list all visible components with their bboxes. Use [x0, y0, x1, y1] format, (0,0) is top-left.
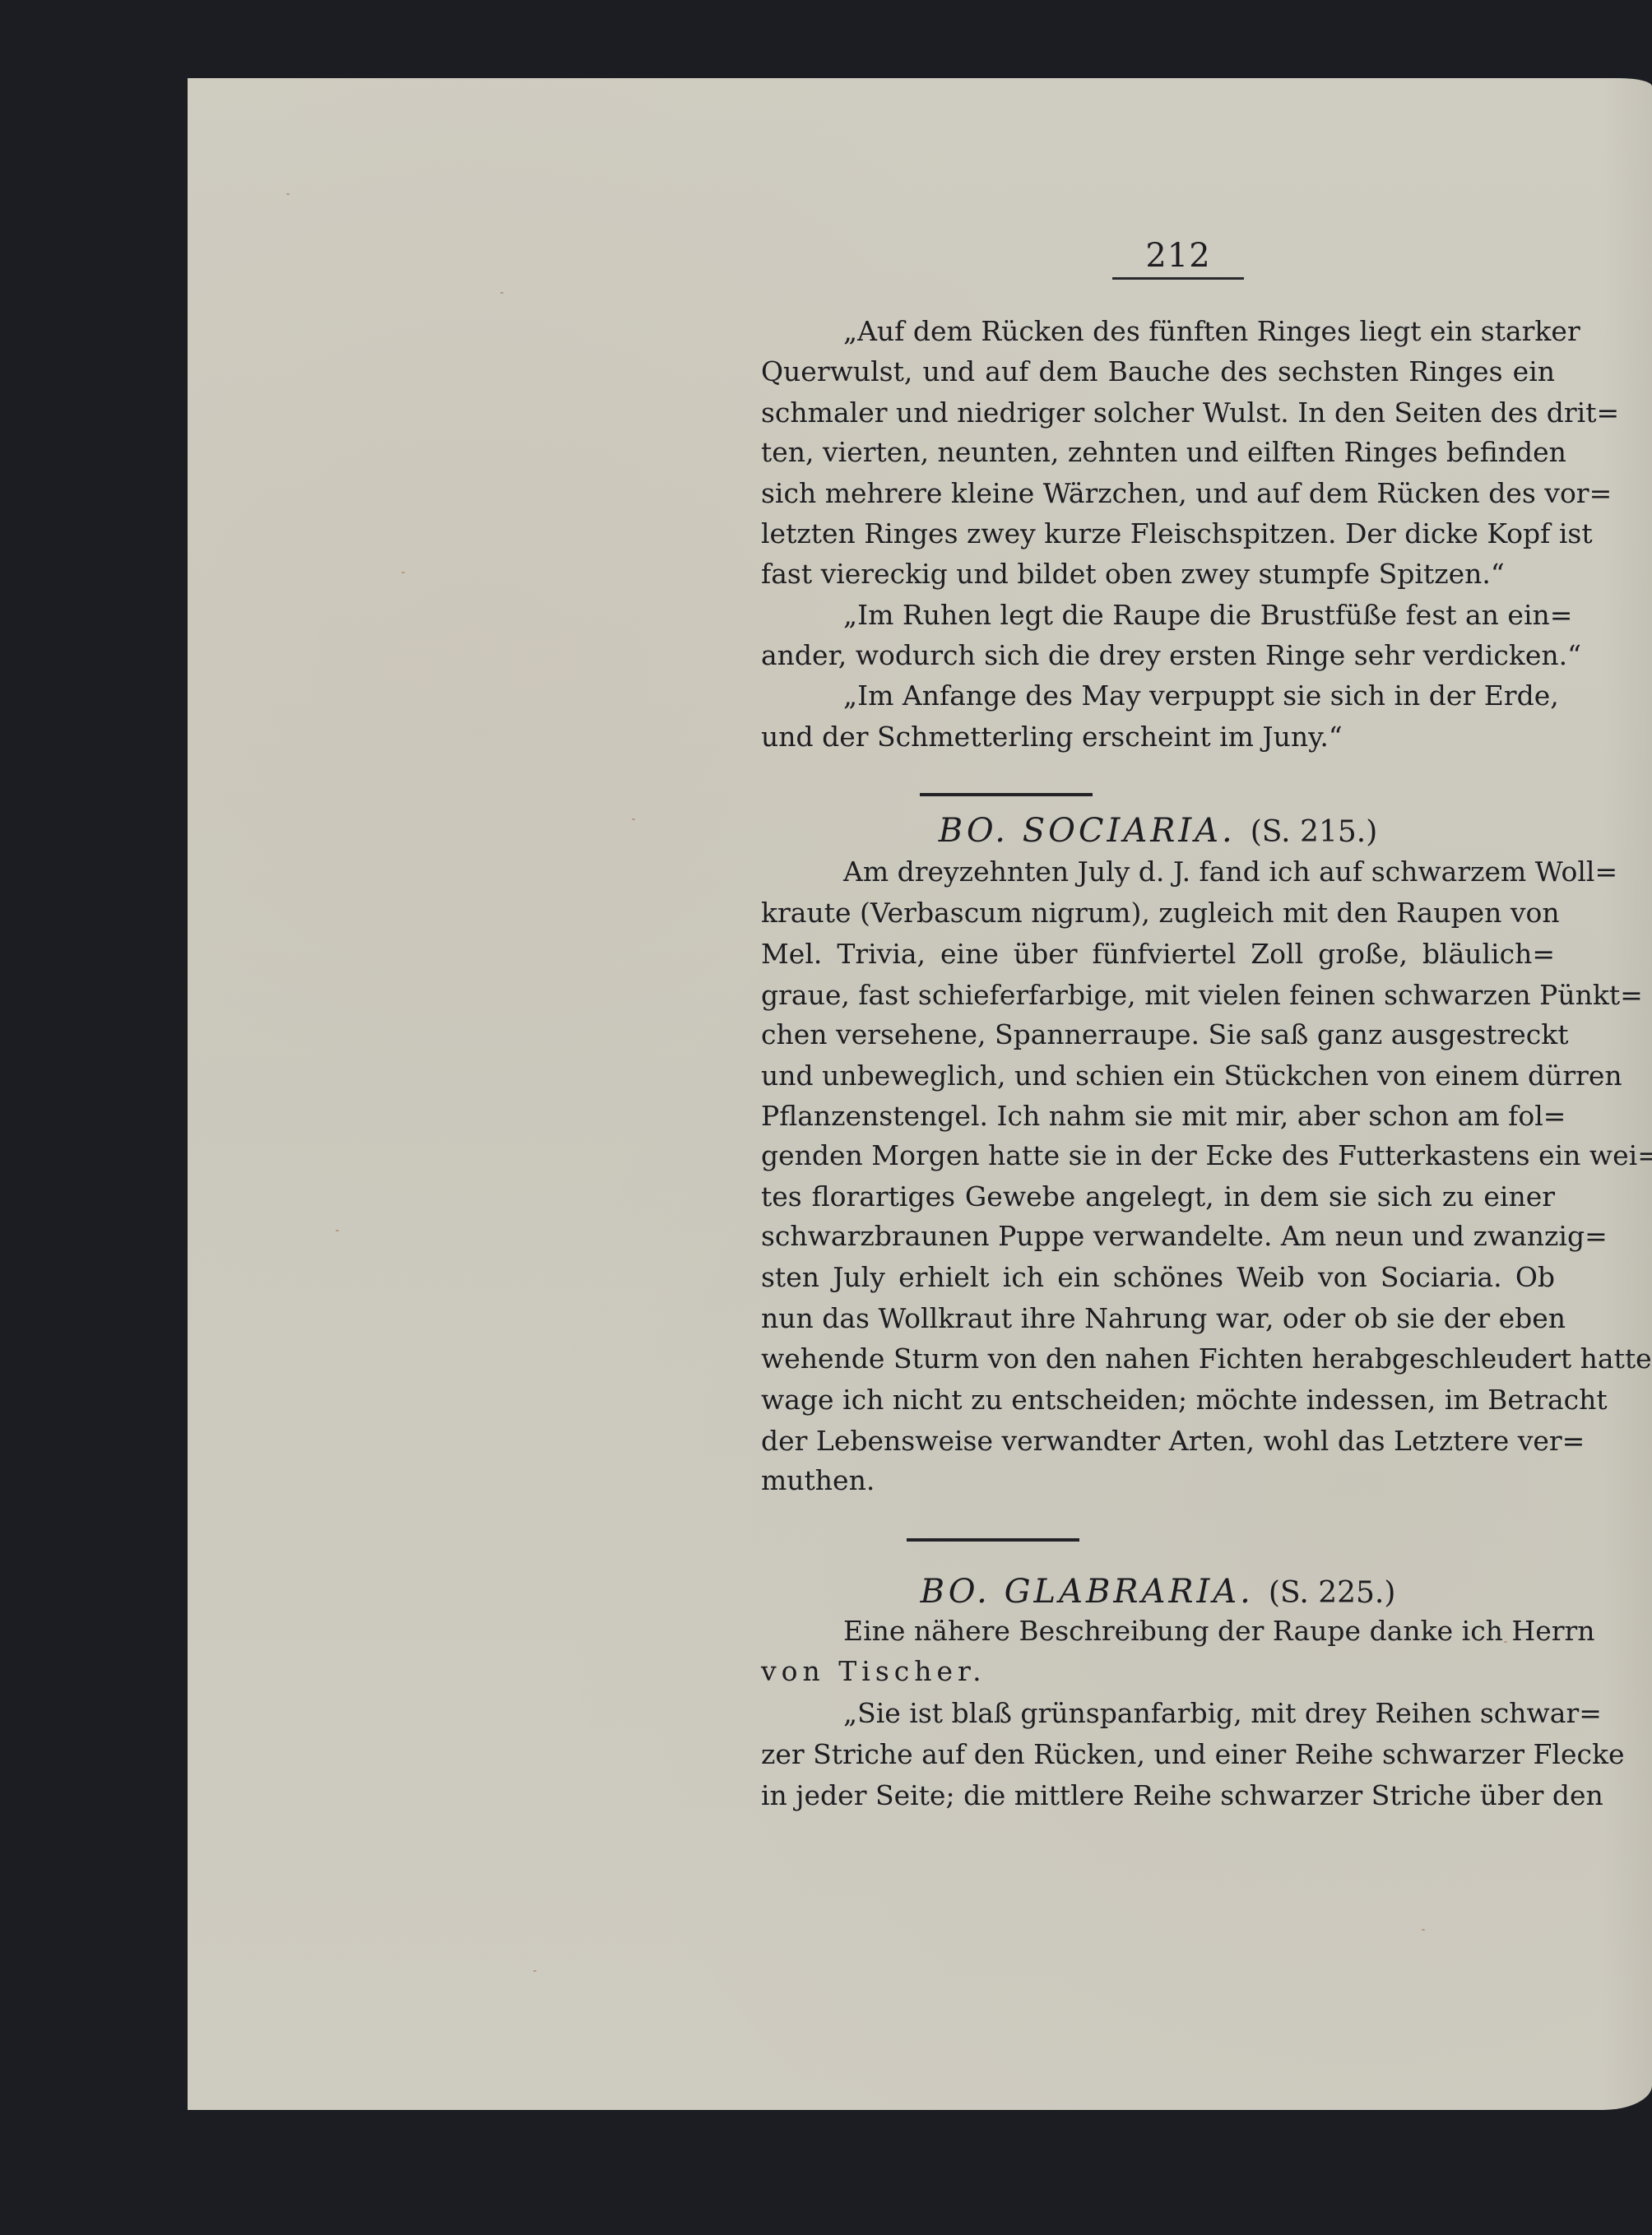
text-line: der Lebensweise verwandter Arten, wohl d…: [761, 1422, 1555, 1460]
species-name: BO. GLABRARIA.: [921, 1573, 1254, 1611]
paper-speck: [632, 818, 635, 820]
text-line: Eine nähere Beschreibung der Raupe danke…: [761, 1612, 1555, 1650]
text-line: Pflanzenstengel. Ich nahm sie mit mir, a…: [761, 1097, 1555, 1135]
text-line: Querwulst, und auf dem Bauche des sechst…: [761, 353, 1555, 391]
text-line: schwarzbraunen Puppe verwandelte. Am neu…: [761, 1217, 1555, 1255]
text-line: chen versehene, Spannerraupe. Sie saß ga…: [761, 1016, 1555, 1054]
text-line: letzten Ringes zwey kurze Fleischspitzen…: [761, 515, 1555, 553]
section-heading-sociaria: BO. SOCIARIA.(S. 215.): [761, 809, 1555, 854]
text-line: sten July erhielt ich ein schönes Weib v…: [761, 1259, 1555, 1296]
page-number-rule: [1112, 277, 1244, 280]
text-line: und unbeweglich, und schien ein Stückche…: [761, 1057, 1555, 1095]
paper-speck: [1422, 1929, 1425, 1931]
page-reference: (S. 215.): [1251, 815, 1378, 849]
species-name: BO. SOCIARIA.: [939, 812, 1236, 850]
text-line: schmaler und niedriger solcher Wulst. In…: [761, 394, 1555, 432]
text-line: „Auf dem Rücken des fünften Ringes liegt…: [761, 313, 1555, 350]
section-divider: [907, 1538, 1079, 1542]
text-line: sich mehrere kleine Wärzchen, und auf de…: [761, 475, 1555, 512]
text-line: von Tischer.: [761, 1653, 1555, 1690]
page-edge-shadow: [1603, 78, 1652, 2110]
text-line: genden Morgen hatte sie in der Ecke des …: [761, 1137, 1555, 1175]
author-name: von Tischer.: [761, 1655, 986, 1687]
text-line: „Im Anfange des May verpuppt sie sich in…: [761, 677, 1555, 715]
text-line: Mel. Trivia, eine über fünfviertel Zoll …: [761, 935, 1555, 973]
text-line: graue, fast schieferfarbige, mit vielen …: [761, 976, 1555, 1014]
paper-speck: [336, 1230, 339, 1231]
paper-speck: [500, 292, 503, 294]
text-line: wage ich nicht zu entscheiden; möchte in…: [761, 1381, 1555, 1419]
text-line: „Im Ruhen legt die Raupe die Brustfüße f…: [761, 596, 1555, 634]
text-line: kraute (Verbascum nigrum), zugleich mit …: [761, 894, 1555, 932]
paper-speck: [401, 572, 405, 573]
page-reference: (S. 225.): [1269, 1576, 1396, 1610]
text-line: wehende Sturm von den nahen Fichten hera…: [761, 1340, 1555, 1378]
page-number: 212: [1112, 237, 1244, 275]
text-line: muthen.: [761, 1462, 1555, 1500]
text-line: nun das Wollkraut ihre Nahrung war, oder…: [761, 1300, 1555, 1338]
text-line: tes florartiges Gewebe angelegt, in dem …: [761, 1178, 1555, 1216]
text-line: fast viereckig und bildet oben zwey stum…: [761, 555, 1555, 593]
paper-speck: [533, 1970, 536, 1972]
text-line: in jeder Seite; die mittlere Reihe schwa…: [761, 1777, 1555, 1815]
text-line: ten, vierten, neunten, zehnten und eilft…: [761, 434, 1555, 471]
text-line: zer Striche auf den Rücken, und einer Re…: [761, 1736, 1555, 1774]
section-divider: [920, 793, 1093, 796]
text-line: und der Schmetterling erscheint im Juny.…: [761, 718, 1555, 756]
text-line: ander, wodurch sich die drey ersten Ring…: [761, 637, 1555, 675]
section-heading-glabraria: BO. GLABRARIA.(S. 225.): [761, 1570, 1555, 1615]
text-line: „Sie ist blaß grünspanfarbig, mit drey R…: [761, 1695, 1555, 1732]
text-line: Am dreyzehnten July d. J. fand ich auf s…: [761, 853, 1555, 891]
paper-speck: [286, 193, 290, 195]
